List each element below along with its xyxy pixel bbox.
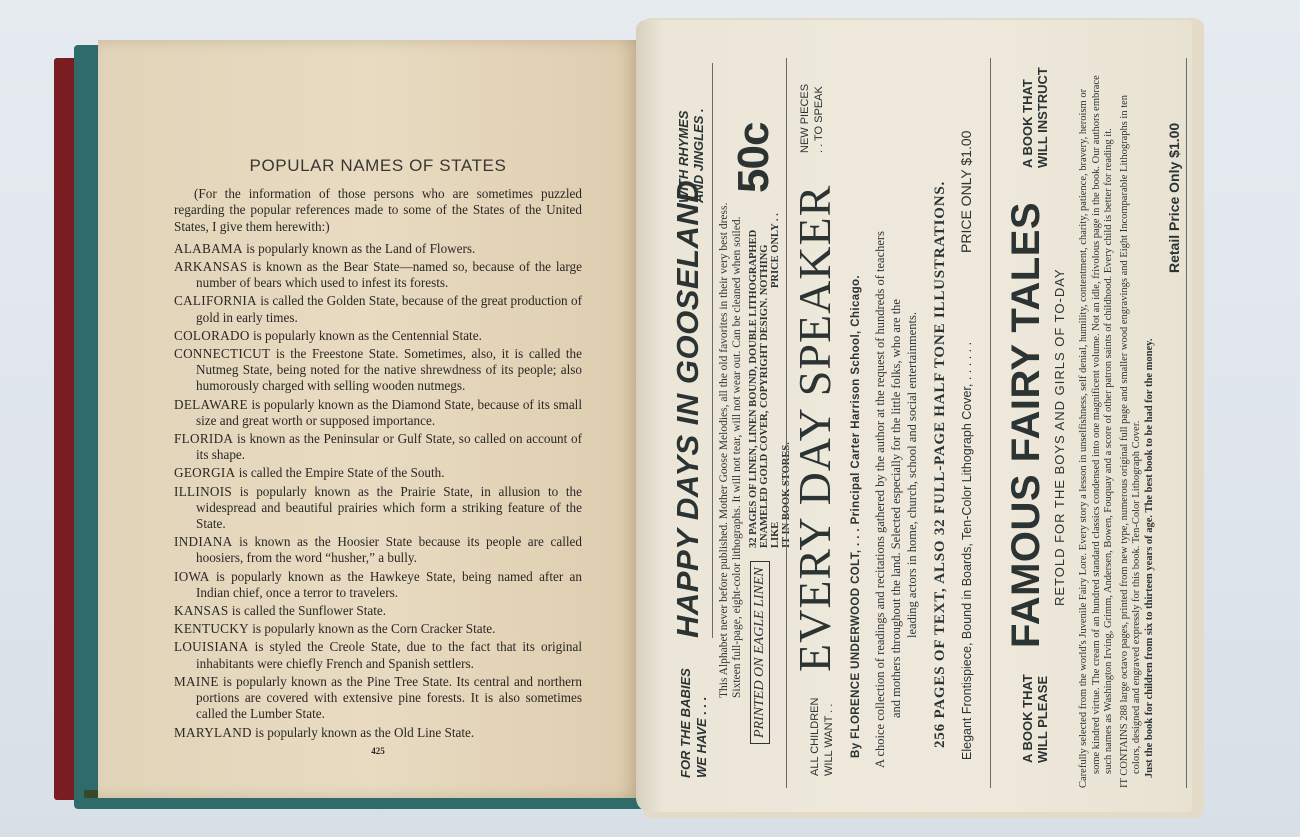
state-description: is called the Sunflower State.: [229, 603, 386, 618]
state-entry: LOUISIANA is styled the Creole State, du…: [174, 639, 582, 671]
state-entry: KENTUCKY is popularly known as the Corn …: [174, 621, 582, 637]
ad1-tag-line2: AND JINGLES .: [691, 108, 706, 203]
divider-1: [786, 58, 787, 788]
state-description: is styled the Creole State, due to the f…: [196, 639, 582, 670]
state-entry: MARYLAND is popularly known as the Old L…: [174, 725, 582, 741]
state-name: MARYLAND: [174, 725, 252, 740]
ad2-tag-line2: . . TO SPEAK: [812, 84, 826, 153]
state-name: DELAWARE: [174, 397, 248, 412]
ad3-retail-price: Retail Price Only $1.00: [1166, 123, 1182, 273]
ad2-body-line3: leading actors in home, church, school a…: [904, 88, 920, 768]
ad3-tag-line2: WILL INSTRUCT: [1035, 67, 1050, 168]
ad1-lead-line2: WE HAVE . . .: [694, 668, 710, 778]
ad1-lead-line1: FOR THE BABIES: [678, 668, 694, 778]
ad2-body: A choice collection of readings and reci…: [872, 88, 920, 768]
state-entry: DELAWARE is popularly known as the Diamo…: [174, 397, 582, 429]
state-name: CONNECTICUT: [174, 346, 270, 361]
ad3-tagline: A BOOK THAT WILL INSTRUCT: [1020, 67, 1050, 168]
ad3-closing: Just the book for children from six to t…: [1144, 339, 1155, 778]
ad1-body-line2: Sixteen full-page, eight-color lithograp…: [731, 138, 744, 698]
state-name: ARKANSAS: [174, 259, 247, 274]
left-page: POPULAR NAMES OF STATES (For the informa…: [98, 40, 643, 798]
ad2-lead-line1: ALL CHILDREN: [808, 698, 822, 776]
ad2-body-line2: and mothers throughout the land. Selecte…: [888, 88, 904, 768]
state-entry: IOWA is popularly known as the Hawkeye S…: [174, 569, 582, 601]
ad3-body: Carefully selected from the world's Juve…: [1078, 68, 1147, 788]
state-description: is popularly known as the Land of Flower…: [243, 241, 476, 256]
ad1-rule: [712, 63, 713, 638]
state-entry: KANSAS is called the Sunflower State.: [174, 603, 582, 619]
state-entry: ARKANSAS is known as the Bear State—name…: [174, 259, 582, 291]
state-entry: FLORIDA is known as the Peninsular or Gu…: [174, 431, 582, 463]
state-name: IOWA: [174, 569, 210, 584]
ad1-price-label: PRICE ONLY . .: [770, 213, 781, 288]
ad1-tagline: WITH RHYMES AND JINGLES .: [676, 108, 706, 203]
state-description: is popularly known as the Hawkeye State,…: [196, 569, 582, 600]
state-name: MAINE: [174, 674, 219, 689]
state-description: is known as the Peninsular or Gulf State…: [196, 431, 582, 462]
ad3-body-paragraph-2: IT CONTAINS 288 large octavo pages, prin…: [1119, 68, 1144, 788]
ad1-body: This Alphabet never before published. Mo…: [718, 138, 744, 698]
ad2-lead-line2: WILL WANT . .: [822, 698, 836, 776]
printed-on-eagle-linen-box: PRINTED ON EAGLE LINEN: [750, 561, 770, 744]
state-description: is popularly known as the Corn Cracker S…: [249, 621, 495, 636]
state-entry: COLORADO is popularly known as the Cente…: [174, 328, 582, 344]
state-name: KANSAS: [174, 603, 229, 618]
divider-2: [990, 58, 991, 788]
ad3-title: FAMOUS FAIRY TALES: [1004, 202, 1049, 648]
state-description: is popularly known as the Old Line State…: [252, 725, 474, 740]
ad1-lead: FOR THE BABIES WE HAVE . . .: [678, 668, 710, 778]
divider-3: [1186, 58, 1187, 788]
state-description: is known as the Hoosier State because it…: [196, 534, 582, 565]
state-description: is popularly known as the Prairie State,…: [196, 484, 582, 531]
ad3-tag-line1: A BOOK THAT: [1020, 67, 1035, 168]
ad1-title: HAPPY DAYS IN GOOSELAND: [670, 180, 706, 638]
ad3-body-paragraph-1: Carefully selected from the world's Juve…: [1078, 68, 1116, 788]
ad1-specs-line1: 32 PAGES OF LINEN, LINEN BOUND, DOUBLE L…: [748, 218, 759, 548]
state-name: ALABAMA: [174, 241, 243, 256]
advertisements-rotated: FOR THE BABIES WE HAVE . . . HAPPY DAYS …: [678, 58, 1198, 788]
state-name: COLORADO: [174, 328, 250, 343]
ad2-author: By FLORENCE UNDERWOOD COLT, . . . Princi…: [850, 275, 862, 758]
ad1-body-line1: This Alphabet never before published. Mo…: [718, 138, 731, 698]
state-name: CALIFORNIA: [174, 293, 257, 308]
state-entry: MAINE is popularly known as the Pine Tre…: [174, 674, 582, 723]
state-entry: ILLINOIS is popularly known as the Prair…: [174, 484, 582, 533]
ad2-tagline: NEW PIECES . . TO SPEAK: [798, 84, 826, 153]
ad3-lead: A BOOK THAT WILL PLEASE: [1020, 674, 1050, 763]
state-description: is known as the Bear State—named so, bec…: [196, 259, 582, 290]
right-page: FOR THE BABIES WE HAVE . . . HAPPY DAYS …: [636, 20, 1192, 812]
state-entries-list: ALABAMA is popularly known as the Land o…: [174, 241, 582, 741]
state-description: is popularly known as the Diamond State,…: [196, 397, 582, 428]
state-description: is called the Empire State of the South.: [235, 465, 444, 480]
ad2-body-line1: A choice collection of readings and reci…: [872, 88, 888, 768]
ad3-lead-line2: WILL PLEASE: [1035, 674, 1050, 763]
ad2-lead: ALL CHILDREN WILL WANT . .: [808, 698, 836, 776]
ad1-tag-line1: WITH RHYMES: [676, 108, 691, 203]
state-description: is popularly known as the Pine Tree Stat…: [196, 674, 582, 721]
ad3-subtitle: RETOLD FOR THE BOYS AND GIRLS OF TO-DAY: [1052, 268, 1067, 606]
state-name: GEORGIA: [174, 465, 235, 480]
state-name: ILLINOIS: [174, 484, 232, 499]
ad2-pages: 256 PAGES OF TEXT, ALSO 32 FULL-PAGE HAL…: [932, 181, 949, 748]
state-name: KENTUCKY: [174, 621, 249, 636]
popular-names-text: POPULAR NAMES OF STATES (For the informa…: [174, 158, 582, 759]
state-name: FLORIDA: [174, 431, 233, 446]
ad2-binding: Elegant Frontispiece, Bound in Boards, T…: [960, 342, 974, 760]
state-entry: CONNECTICUT is the Freestone State. Some…: [174, 346, 582, 395]
ad2-title: EVERY DAY SPEAKER: [788, 185, 841, 672]
state-entry: INDIANA is known as the Hoosier State be…: [174, 534, 582, 566]
page-title: POPULAR NAMES OF STATES: [174, 158, 582, 174]
ad2-price: PRICE ONLY $1.00: [958, 131, 974, 253]
state-name: LOUISIANA: [174, 639, 249, 654]
state-entry: CALIFORNIA is called the Golden State, b…: [174, 293, 582, 325]
page-number: 425: [174, 743, 582, 759]
state-name: INDIANA: [174, 534, 233, 549]
state-description: is popularly known as the Centennial Sta…: [250, 328, 482, 343]
ad2-tag-line1: NEW PIECES: [798, 84, 812, 153]
state-entry: GEORGIA is called the Empire State of th…: [174, 465, 582, 481]
state-entry: ALABAMA is popularly known as the Land o…: [174, 241, 582, 257]
intro-paragraph: (For the information of those persons wh…: [174, 186, 582, 235]
ad3-lead-line1: A BOOK THAT: [1020, 674, 1035, 763]
ad1-price: 50c: [732, 123, 776, 193]
